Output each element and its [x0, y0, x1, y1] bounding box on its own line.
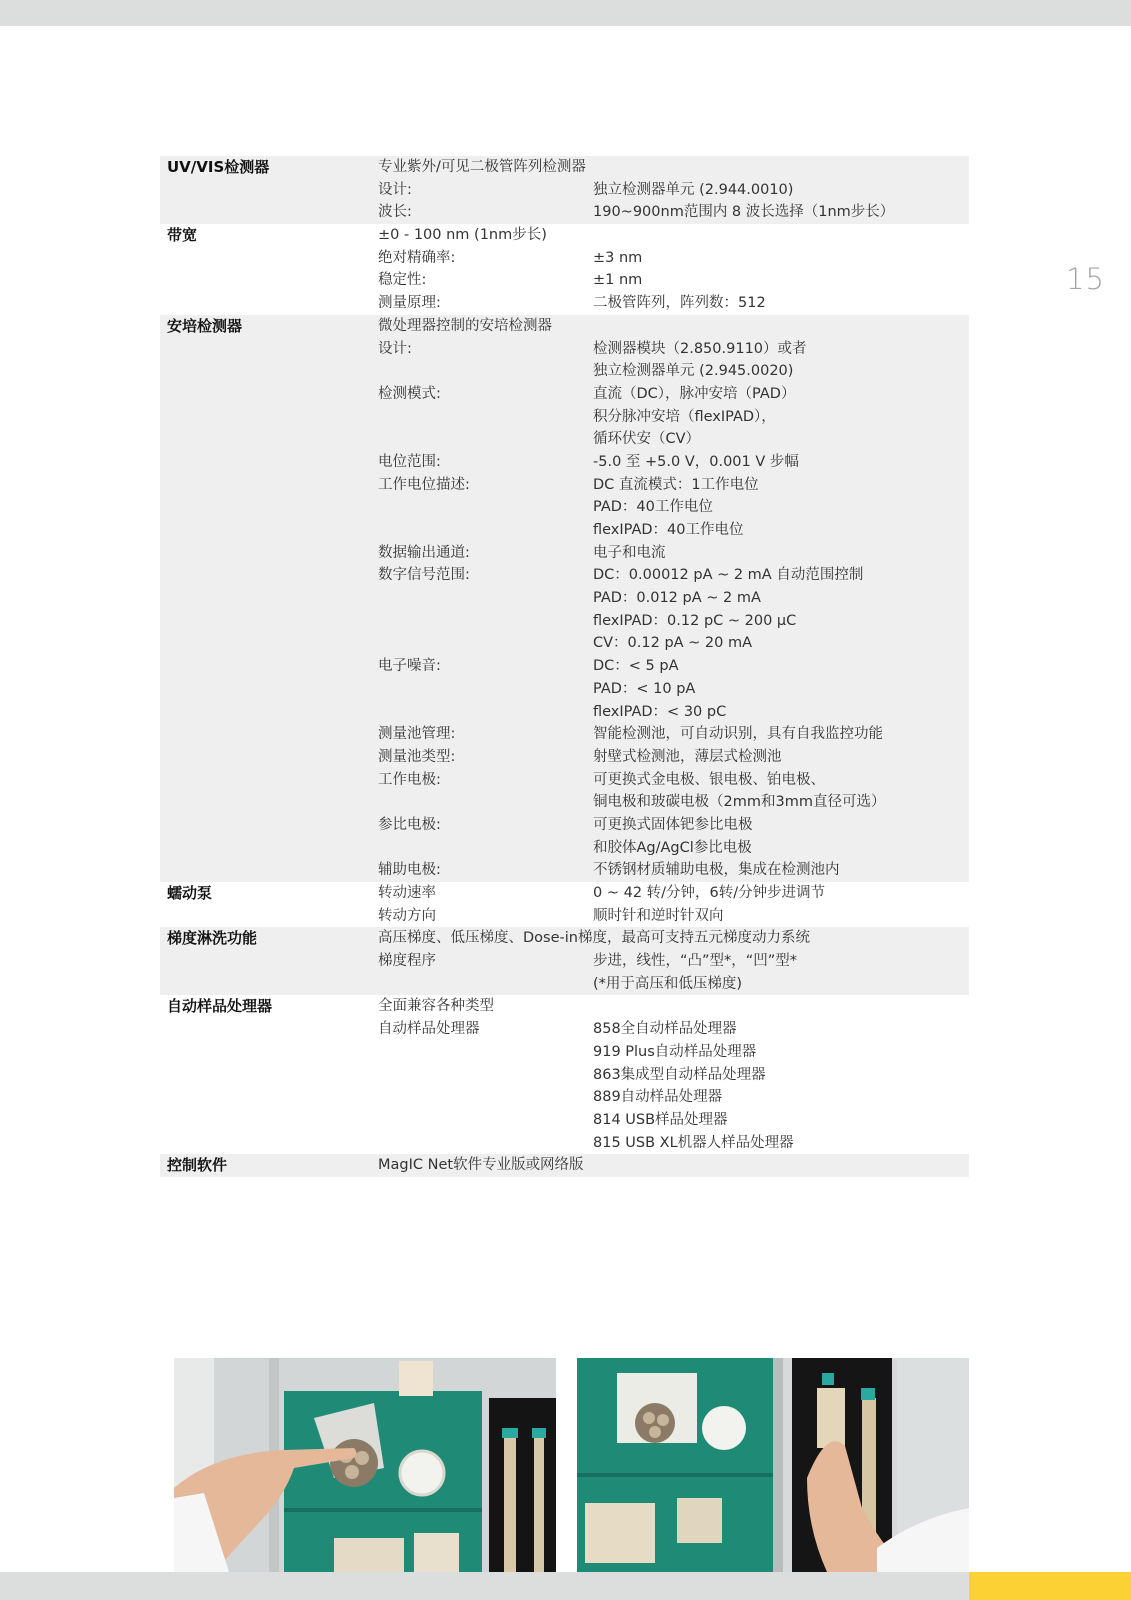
spec-value: 919 Plus自动样品处理器: [593, 1041, 756, 1064]
spec-label: 绝对精确率:: [378, 247, 455, 270]
spec-value: 815 USB XL机器人样品处理器: [593, 1132, 794, 1155]
spec-row: 电位范围:-5.0 至 +5.0 V，0.001 V 步幅: [160, 451, 969, 474]
spec-row: 检测模式:直流（DC），脉冲安培（PAD）: [160, 383, 969, 406]
spec-value: 863集成型自动样品处理器: [593, 1064, 766, 1087]
spec-label: 自动样品处理器: [378, 1018, 480, 1041]
photo-strip: [160, 1358, 969, 1572]
spec-section: 安培检测器微处理器控制的安培检测器设计:检测器模块（2.850.9110）或者独…: [160, 315, 969, 882]
spec-category: 带宽: [167, 224, 197, 247]
spec-value: 步进，线性，“凸”型*，“凹”型*: [593, 950, 797, 973]
spec-row: 蠕动泵转动速率0 ~ 42 转/分钟，6转/分钟步进调节: [160, 882, 969, 905]
spec-row: 铜电极和玻碳电极（2mm和3mm直径可选）: [160, 791, 969, 814]
spec-row: PAD：0.012 pA ~ 2 mA: [160, 587, 969, 610]
spec-label: 参比电极:: [378, 814, 441, 837]
spec-label: 工作电位描述:: [378, 474, 470, 497]
spec-row: 参比电极:可更换式固体钯参比电极: [160, 814, 969, 837]
spec-description: MagIC Net软件专业版或网络版: [378, 1154, 584, 1177]
spec-value: (*用于高压和低压梯度): [593, 973, 742, 996]
spec-row: 889自动样品处理器: [160, 1086, 969, 1109]
spec-row: 设计:独立检测器单元 (2.944.0010): [160, 179, 969, 202]
spec-value: 电子和电流: [593, 542, 666, 565]
spec-value: 二极管阵列，阵列数：512: [593, 292, 766, 315]
spec-value: 独立检测器单元 (2.944.0010): [593, 179, 793, 202]
spec-section: UV/VIS检测器专业紫外/可见二极管阵列检测器设计:独立检测器单元 (2.94…: [160, 156, 969, 224]
spec-value: 可更换式固体钯参比电极: [593, 814, 753, 837]
spec-row: 带宽±0 - 100 nm (1nm步长): [160, 224, 969, 247]
spec-row: 积分脉冲安培（flexIPAD），: [160, 406, 969, 429]
spec-value: ±1 nm: [593, 269, 642, 292]
spec-value: 智能检测池，可自动识别，具有自我监控功能: [593, 723, 883, 746]
spec-category: UV/VIS检测器: [167, 156, 269, 179]
spec-value: 不锈钢材质辅助电极，集成在检测池内: [593, 859, 840, 882]
spec-row: 辅助电极:不锈钢材质辅助电极，集成在检测池内: [160, 859, 969, 882]
page-number: 15: [1066, 262, 1105, 296]
spec-row: 测量池管理:智能检测池，可自动识别，具有自我监控功能: [160, 723, 969, 746]
spec-row: UV/VIS检测器专业紫外/可见二极管阵列检测器: [160, 156, 969, 179]
spec-label: 数据输出通道:: [378, 542, 470, 565]
spec-section: 带宽±0 - 100 nm (1nm步长)绝对精确率:±3 nm稳定性:±1 n…: [160, 224, 969, 315]
spec-row: 工作电位描述:DC 直流模式：1工作电位: [160, 474, 969, 497]
spec-category: 梯度淋洗功能: [167, 927, 257, 950]
spec-row: 数据输出通道:电子和电流: [160, 542, 969, 565]
spec-category: 自动样品处理器: [167, 995, 272, 1018]
instrument-photo-right: [577, 1358, 969, 1572]
spec-row: CV：0.12 pA ~ 20 mA: [160, 632, 969, 655]
spec-row: 和胶体Ag/AgCl参比电极: [160, 837, 969, 860]
spec-category: 控制软件: [167, 1154, 227, 1177]
spec-row: 设计:检测器模块（2.850.9110）或者: [160, 338, 969, 361]
spec-label: 测量池管理:: [378, 723, 455, 746]
spec-value: 铜电极和玻碳电极（2mm和3mm直径可选）: [593, 791, 885, 814]
spec-description: 高压梯度、低压梯度、Dose-in梯度，最高可支持五元梯度动力系统: [378, 927, 810, 950]
spec-label: 转动速率: [378, 882, 436, 905]
spec-value: 直流（DC），脉冲安培（PAD）: [593, 383, 795, 406]
spec-label: 电位范围:: [378, 451, 441, 474]
spec-row: 测量池类型:射壁式检测池，薄层式检测池: [160, 746, 969, 769]
spec-row: 循环伏安（CV）: [160, 428, 969, 451]
spec-description: ±0 - 100 nm (1nm步长): [378, 224, 547, 247]
spec-row: 数字信号范围:DC：0.00012 pA ~ 2 mA 自动范围控制: [160, 564, 969, 587]
spec-row: 梯度程序步进，线性，“凸”型*，“凹”型*: [160, 950, 969, 973]
spec-row: 测量原理:二极管阵列，阵列数：512: [160, 292, 969, 315]
spec-value: DC：0.00012 pA ~ 2 mA 自动范围控制: [593, 564, 863, 587]
spec-value: flexIPAD：40工作电位: [593, 519, 744, 542]
spec-row: 控制软件MagIC Net软件专业版或网络版: [160, 1154, 969, 1177]
spec-value: 检测器模块（2.850.9110）或者: [593, 338, 807, 361]
spec-value: 顺时针和逆时针双向: [593, 905, 724, 928]
spec-value: -5.0 至 +5.0 V，0.001 V 步幅: [593, 451, 799, 474]
bottom-bar: [0, 1572, 969, 1600]
spec-label: 测量池类型:: [378, 746, 455, 769]
top-bar: [0, 0, 1131, 26]
spec-row: 工作电极:可更换式金电极、银电极、铂电极、: [160, 769, 969, 792]
spec-label: 测量原理:: [378, 292, 441, 315]
spec-description: 微处理器控制的安培检测器: [378, 315, 552, 338]
spec-label: 稳定性:: [378, 269, 426, 292]
spec-label: 辅助电极:: [378, 859, 441, 882]
spec-description: 专业紫外/可见二极管阵列检测器: [378, 156, 586, 179]
spec-row: 安培检测器微处理器控制的安培检测器: [160, 315, 969, 338]
spec-value: 循环伏安（CV）: [593, 428, 700, 451]
spec-label: 电子噪音:: [378, 655, 441, 678]
spec-row: flexIPAD：40工作电位: [160, 519, 969, 542]
spec-row: PAD：< 10 pA: [160, 678, 969, 701]
spec-row: 独立检测器单元 (2.945.0020): [160, 360, 969, 383]
spec-row: flexIPAD：< 30 pC: [160, 701, 969, 724]
spec-label: 设计:: [378, 179, 412, 202]
spec-table: UV/VIS检测器专业紫外/可见二极管阵列检测器设计:独立检测器单元 (2.94…: [160, 156, 969, 1177]
spec-row: 814 USB样品处理器: [160, 1109, 969, 1132]
spec-row: (*用于高压和低压梯度): [160, 973, 969, 996]
spec-row: 梯度淋洗功能高压梯度、低压梯度、Dose-in梯度，最高可支持五元梯度动力系统: [160, 927, 969, 950]
spec-value: 积分脉冲安培（flexIPAD），: [593, 406, 776, 429]
spec-section: 梯度淋洗功能高压梯度、低压梯度、Dose-in梯度，最高可支持五元梯度动力系统梯…: [160, 927, 969, 995]
spec-row: 波长:190~900nm范围内 8 波长选择（1nm步长）: [160, 201, 969, 224]
spec-section: 蠕动泵转动速率0 ~ 42 转/分钟，6转/分钟步进调节转动方向顺时针和逆时针双…: [160, 882, 969, 927]
spec-value: 和胶体Ag/AgCl参比电极: [593, 837, 752, 860]
spec-row: PAD：40工作电位: [160, 496, 969, 519]
spec-category: 蠕动泵: [167, 882, 212, 905]
spec-section: 自动样品处理器全面兼容各种类型自动样品处理器858全自动样品处理器919 Plu…: [160, 995, 969, 1154]
spec-label: 梯度程序: [378, 950, 436, 973]
spec-row: 自动样品处理器全面兼容各种类型: [160, 995, 969, 1018]
spec-row: 绝对精确率:±3 nm: [160, 247, 969, 270]
spec-value: PAD：40工作电位: [593, 496, 713, 519]
spec-label: 数字信号范围:: [378, 564, 470, 587]
spec-label: 工作电极:: [378, 769, 441, 792]
spec-section: 控制软件MagIC Net软件专业版或网络版: [160, 1154, 969, 1177]
spec-value: 858全自动样品处理器: [593, 1018, 737, 1041]
spec-row: 815 USB XL机器人样品处理器: [160, 1132, 969, 1155]
spec-value: CV：0.12 pA ~ 20 mA: [593, 632, 752, 655]
spec-value: 可更换式金电极、银电极、铂电极、: [593, 769, 825, 792]
spec-category: 安培检测器: [167, 315, 242, 338]
spec-row: 稳定性:±1 nm: [160, 269, 969, 292]
spec-value: flexIPAD：0.12 pC ~ 200 μC: [593, 610, 796, 633]
bottom-accent-bar: [969, 1572, 1131, 1600]
spec-value: PAD：< 10 pA: [593, 678, 695, 701]
spec-row: 转动方向顺时针和逆时针双向: [160, 905, 969, 928]
spec-row: flexIPAD：0.12 pC ~ 200 μC: [160, 610, 969, 633]
spec-value: 889自动样品处理器: [593, 1086, 722, 1109]
spec-value: ±3 nm: [593, 247, 642, 270]
spec-value: 190~900nm范围内 8 波长选择（1nm步长）: [593, 201, 894, 224]
spec-value: DC 直流模式：1工作电位: [593, 474, 759, 497]
spec-label: 转动方向: [378, 905, 436, 928]
spec-label: 设计:: [378, 338, 412, 361]
spec-row: 自动样品处理器858全自动样品处理器: [160, 1018, 969, 1041]
spec-label: 检测模式:: [378, 383, 441, 406]
spec-value: 射壁式检测池，薄层式检测池: [593, 746, 782, 769]
spec-row: 863集成型自动样品处理器: [160, 1064, 969, 1087]
spec-value: DC：< 5 pA: [593, 655, 679, 678]
spec-value: flexIPAD：< 30 pC: [593, 701, 726, 724]
spec-label: 波长:: [378, 201, 412, 224]
spec-row: 919 Plus自动样品处理器: [160, 1041, 969, 1064]
spec-value: 0 ~ 42 转/分钟，6转/分钟步进调节: [593, 882, 825, 905]
spec-row: 电子噪音:DC：< 5 pA: [160, 655, 969, 678]
instrument-photo-left: [174, 1358, 556, 1572]
spec-description: 全面兼容各种类型: [378, 995, 494, 1018]
spec-value: 独立检测器单元 (2.945.0020): [593, 360, 793, 383]
spec-value: PAD：0.012 pA ~ 2 mA: [593, 587, 761, 610]
spec-value: 814 USB样品处理器: [593, 1109, 728, 1132]
